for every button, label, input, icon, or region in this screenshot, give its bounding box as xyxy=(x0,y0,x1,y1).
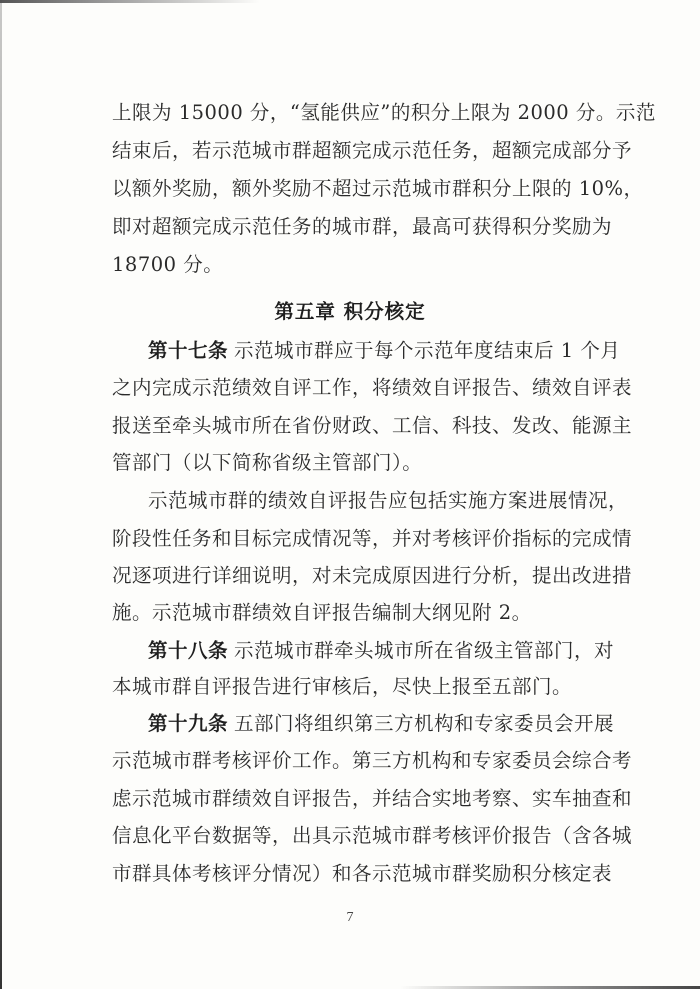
text-line: 以额外奖励，额外奖励不超过示范城市群积分上限的 10%， xyxy=(112,177,600,201)
chapter-heading: 第五章 积分核定 xyxy=(0,299,700,325)
text-line: 之内完成示范绩效自评工作，将绩效自评报告、绩效自评表 xyxy=(112,376,600,400)
article-label: 第十七条 xyxy=(148,339,228,362)
text-line: 结束后，若示范城市群超额完成示范任务，超额完成部分予 xyxy=(112,139,600,163)
text-line: 示范城市群的绩效自评报告应包括实施方案进展情况， xyxy=(148,489,600,513)
text-line: 信息化平台数据等，出具示范城市群考核评价报告（含各城 xyxy=(112,824,600,848)
article-label: 第十九条 xyxy=(148,712,228,735)
article-text: 五部门将组织第三方机构和专家委员会开展 xyxy=(234,712,614,735)
text-line: 报送至牵头城市所在省份财政、工信、科技、发改、能源主 xyxy=(112,414,600,438)
article-first-line: 第十七条示范城市群应于每个示范年度结束后 1 个月 xyxy=(148,339,600,363)
text-line: 上限为 15000 分，“氢能供应”的积分上限为 2000 分。示范 xyxy=(112,101,600,125)
page-number: 7 xyxy=(0,910,700,926)
article-text: 示范城市群牵头城市所在省级主管部门，对 xyxy=(234,639,614,662)
text-line: 况逐项进行详细说明，对未完成原因进行分析，提出改进措 xyxy=(112,564,600,588)
text-line: 即对超额完成示范任务的城市群，最高可获得积分奖励为 xyxy=(112,215,600,239)
text-line: 管部门（以下简称省级主管部门）。 xyxy=(112,451,600,475)
text-line: 施。示范城市群绩效自评报告编制大纲见附 2。 xyxy=(112,601,600,625)
text-line: 本城市群自评报告进行审核后，尽快上报至五部门。 xyxy=(112,675,600,699)
text-line: 示范城市群考核评价工作。第三方机构和专家委员会综合考 xyxy=(112,749,600,773)
text-line: 市群具体考核评分情况）和各示范城市群奖励积分核定表 xyxy=(112,862,600,886)
text-line: 虑示范城市群绩效自评报告，并结合实地考察、实车抽查和 xyxy=(112,787,600,811)
article-first-line: 第十九条五部门将组织第三方机构和专家委员会开展 xyxy=(148,712,600,736)
text-line: 18700 分。 xyxy=(112,253,600,277)
article-first-line: 第十八条示范城市群牵头城市所在省级主管部门，对 xyxy=(148,639,600,663)
text-line: 阶段性任务和目标完成情况等，并对考核评价指标的完成情 xyxy=(112,527,600,551)
article-label: 第十八条 xyxy=(148,639,228,662)
article-text: 示范城市群应于每个示范年度结束后 1 个月 xyxy=(234,339,620,362)
document-page: 上限为 15000 分，“氢能供应”的积分上限为 2000 分。示范 结束后，若… xyxy=(0,0,700,989)
